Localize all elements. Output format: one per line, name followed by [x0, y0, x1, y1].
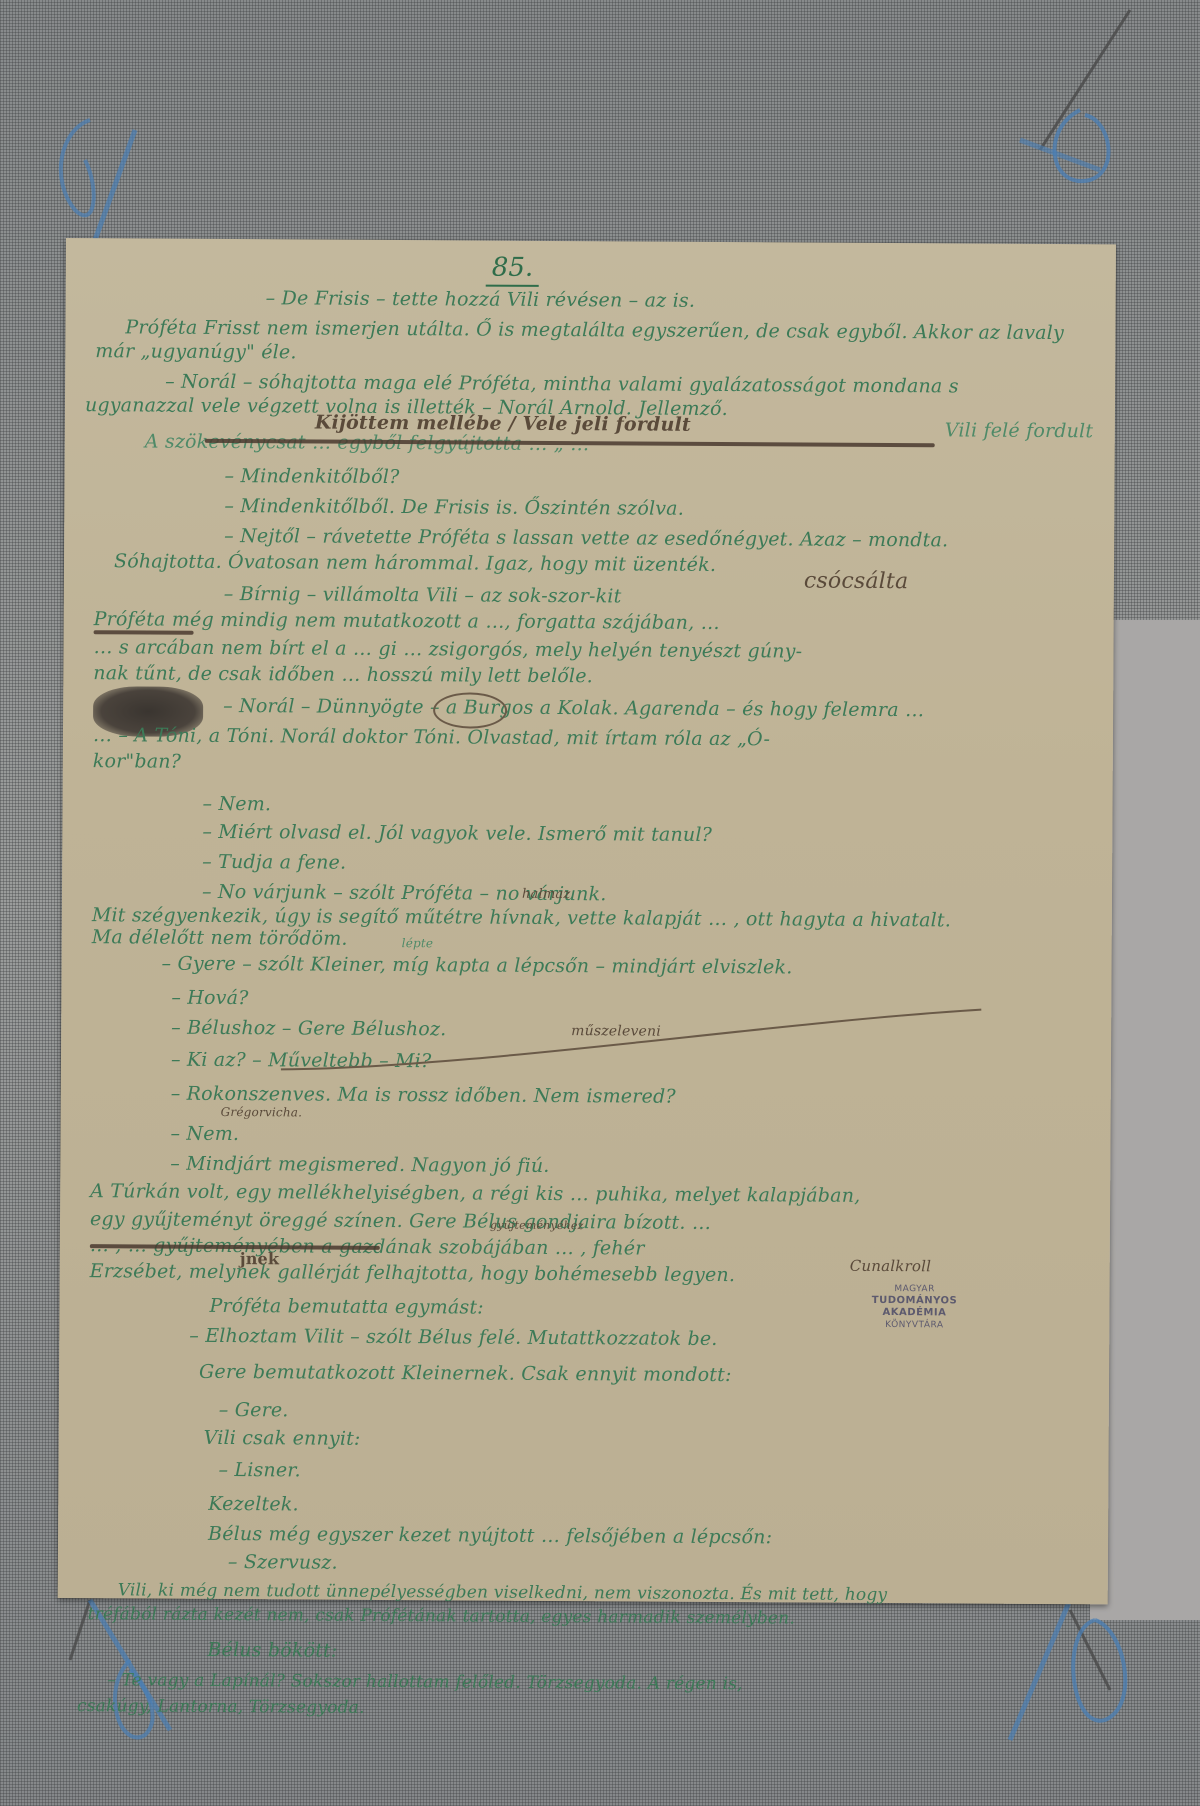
manuscript-line: kor"ban?	[93, 750, 181, 773]
manuscript-line: – Elhoztam Vilit – szólt Bélus felé. Mut…	[189, 1325, 717, 1350]
manuscript-line: … – A Tóni, a Tóni. Norál doktor Tóni. O…	[93, 724, 770, 750]
stamp-line: KÖNYVTÁRA	[849, 1319, 979, 1332]
manuscript-line: – Tudja a fene.	[202, 851, 346, 874]
manuscript-line: – Szervusz.	[228, 1551, 338, 1574]
manuscript-line: – De Frisis – tette hozzá Vili révésen –…	[266, 287, 696, 312]
manuscript-line: Vili csak ennyit:	[204, 1427, 361, 1450]
manuscript-line: – Mindenkitőlből?	[224, 465, 399, 488]
manuscript-line: egy gyűjteményt öreggé színen. Gere Bélu…	[90, 1208, 711, 1234]
marginal-correction: lépte	[402, 936, 434, 950]
stamp-line: MAGYAR	[850, 1283, 980, 1296]
manuscript-line: Gere bemutatkozott Kleinernek. Csak enny…	[199, 1361, 732, 1386]
manuscript-line: Próféta Frisst nem ismerjen utálta. Ő is…	[125, 316, 1064, 344]
manuscript-line: Erzsébet, melynek gallérját felhajtotta,…	[90, 1260, 736, 1286]
pencil-mark-icon	[40, 100, 150, 250]
marginal-correction: csócsálta	[804, 569, 909, 595]
circled-word	[433, 692, 507, 728]
marginal-correction: gyűjteményéhez	[490, 1219, 584, 1233]
pencil-mark-icon	[1000, 0, 1160, 200]
manuscript-line: A Túrkán volt, egy mellékhelyiségben, a …	[90, 1180, 860, 1207]
manuscript-line: Ma délelőtt nem törődöm.	[92, 926, 348, 950]
manuscript-line: Sóhajtotta. Óvatosan nem hárommal. Igaz,…	[114, 550, 716, 576]
manuscript-line: – Hová?	[171, 987, 248, 1009]
page-number: 85.	[486, 253, 540, 287]
manuscript-line: – Norál – Dünnyögte – a Burgos a Kolak. …	[223, 695, 924, 721]
manuscript-line: – Miért olvasd el. Jól vagyok vele. Isme…	[202, 821, 712, 846]
manuscript-line: Vili felé fordult	[945, 419, 1093, 442]
manuscript-line: – Mindjárt megismered. Nagyon jó fiú.	[170, 1153, 549, 1177]
manuscript-line: Vili, ki még nem tudott ünnepélyességben…	[118, 1580, 888, 1605]
marginal-correction: Grégorvicha.	[221, 1105, 303, 1119]
manuscript-line: – Nejtől – rávetette Próféta s lassan ve…	[224, 525, 948, 551]
manuscript-line: – Norál – sóhajtotta maga elé Próféta, m…	[165, 371, 959, 398]
manuscript-line: – Gere.	[219, 1399, 289, 1421]
manuscript-line: Bélus még egyszer kezet nyújtott … felső…	[208, 1523, 772, 1548]
marginal-correction: jnek	[240, 1249, 280, 1268]
manuscript-line: Bélus bökött:	[207, 1639, 337, 1662]
manuscript-line: nak tűnt, de csak időben … hosszú mily l…	[93, 662, 593, 687]
manuscript-sheet: 85. – De Frisis – tette hozzá Vili révés…	[58, 238, 1116, 1604]
marginal-correction: Cunalkroll	[850, 1257, 932, 1275]
manuscript-line: csakúgy, Lantorna, Törzsegyoda.	[77, 1696, 365, 1718]
manuscript-line: – Te vagy a Lapínál? Sokszor hallottam f…	[107, 1670, 743, 1694]
marginal-correction: halmaz	[522, 887, 571, 902]
manuscript-line: – Rokonszenves. Ma is rossz időben. Nem …	[171, 1083, 676, 1108]
manuscript-line: már „ugyanúgy" éle.	[95, 340, 296, 363]
manuscript-line: – Lisner.	[218, 1459, 300, 1482]
manuscript-line: Próféta bemutatta egymást:	[209, 1295, 483, 1319]
manuscript-line: – Mindenkitőlből. De Frisis is. Őszintén…	[224, 495, 684, 520]
stamp-line: TUDOMÁNYOS AKADÉMIA	[849, 1295, 979, 1320]
manuscript-line: – Bírnig – villámolta Vili – az sok-szor…	[224, 583, 622, 607]
manuscript-line: Kezeltek.	[208, 1493, 299, 1516]
manuscript-line: – Nem.	[170, 1123, 239, 1145]
strikethrough	[94, 630, 194, 635]
manuscript-line: … s arcában nem bírt el a … gi … zsigorg…	[93, 636, 802, 662]
pencil-line-icon	[271, 999, 991, 1083]
pencil-mark-icon	[1000, 1590, 1150, 1760]
manuscript-line: – Gyere – szólt Kleiner, míg kapta a lép…	[162, 953, 793, 979]
manuscript-line: – Nem.	[202, 793, 271, 815]
library-stamp: MAGYAR TUDOMÁNYOS AKADÉMIA KÖNYVTÁRA	[849, 1283, 979, 1332]
